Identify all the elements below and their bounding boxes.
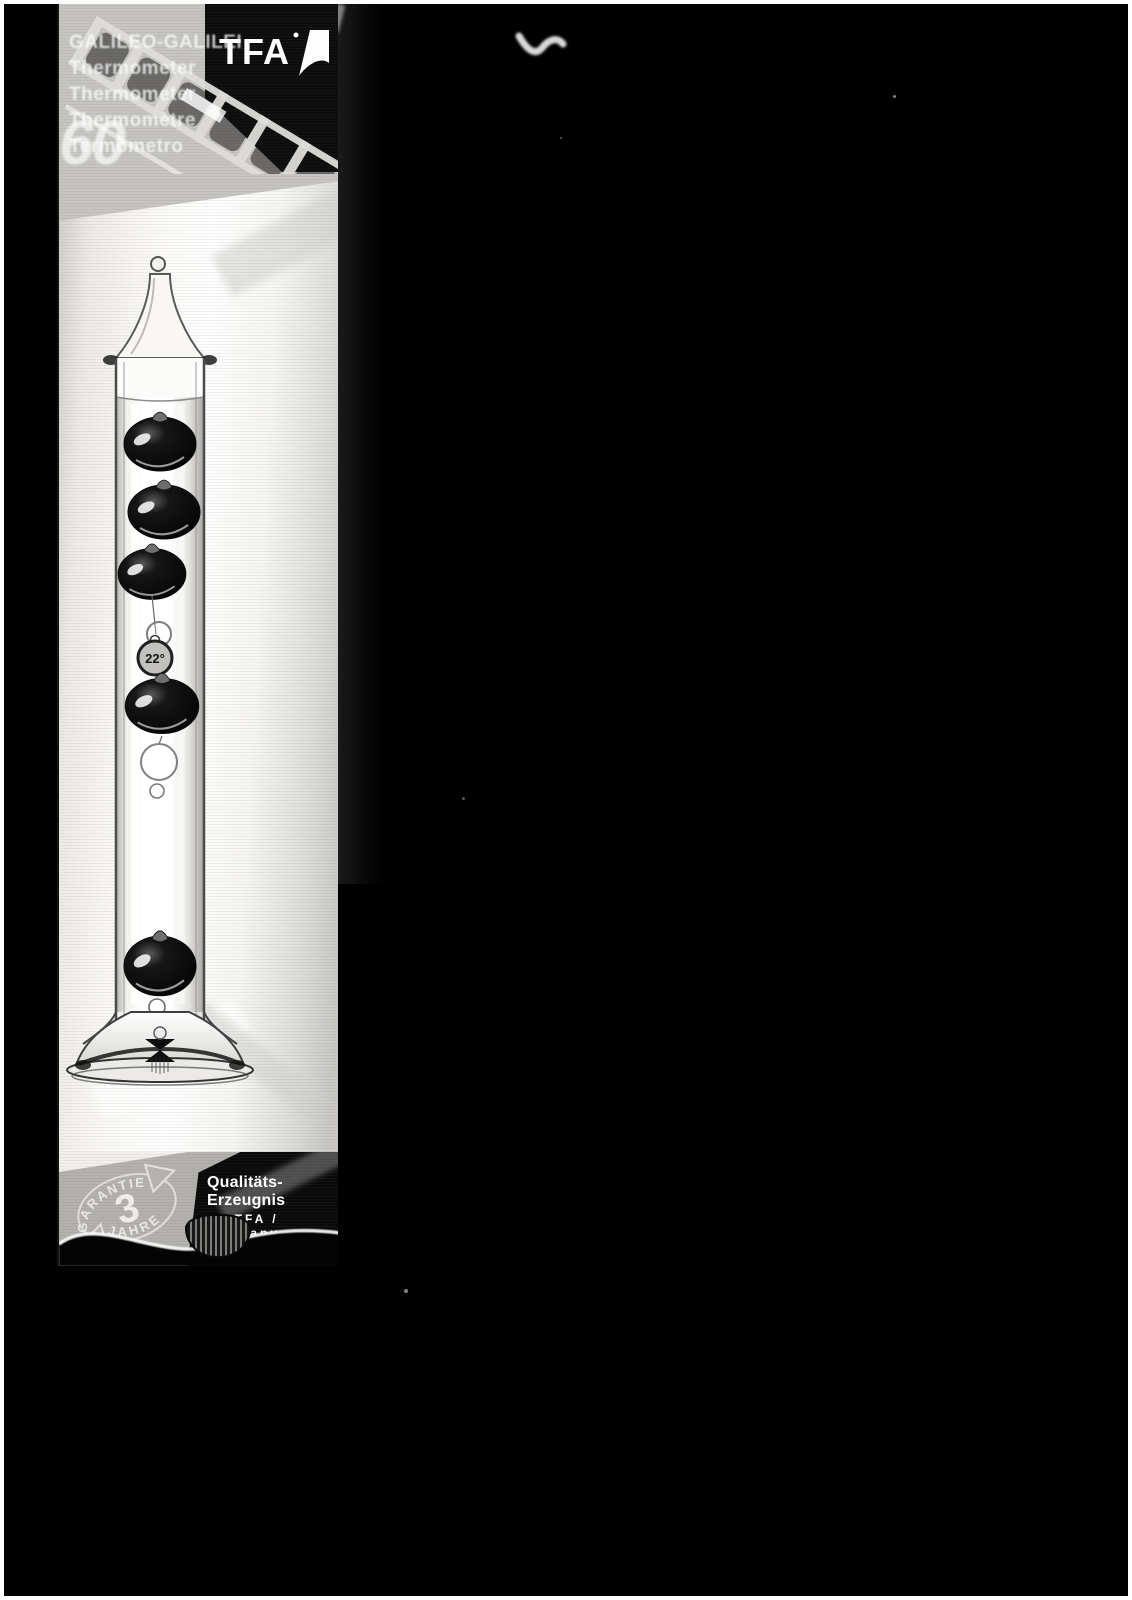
black-background: GALILEO-GALILEI Thermometer Thermometer …	[4, 4, 1128, 1596]
scanned-photo-page: GALILEO-GALILEI Thermometer Thermometer …	[0, 0, 1132, 1600]
tfa-logo: TFA	[219, 30, 329, 76]
package-header: GALILEO-GALILEI Thermometer Thermometer …	[59, 4, 338, 174]
title-line-5: Termometro	[69, 134, 242, 160]
thermometer-tip	[103, 257, 217, 365]
temperature-tag-label: 22°	[145, 651, 165, 666]
dust-speck	[404, 1289, 408, 1293]
title-line-2: Thermometer	[69, 56, 242, 82]
clear-float	[141, 744, 177, 780]
tfa-wordmark: TFA	[219, 30, 290, 74]
dust-speck	[560, 137, 562, 139]
tfa-flag-icon	[293, 30, 329, 76]
product-package: GALILEO-GALILEI Thermometer Thermometer …	[57, 4, 338, 1266]
dust-speck	[462, 797, 465, 800]
galileo-thermometer: 22°	[59, 244, 340, 1094]
dust-mark	[509, 22, 573, 74]
title-line-4: Thermomètre	[69, 108, 242, 134]
footer-band: GARANTIE JAHRE 3 Qualitäts-Erzeugnis By …	[59, 1152, 338, 1266]
dust-speck	[893, 95, 896, 98]
title-line-3: Thermometer	[69, 82, 242, 108]
header-title: GALILEO-GALILEI Thermometer Thermometer …	[69, 30, 242, 160]
package-edge-shadow	[338, 4, 384, 884]
thermometer-base	[67, 1012, 253, 1085]
title-line-1: GALILEO-GALILEI	[69, 30, 242, 56]
